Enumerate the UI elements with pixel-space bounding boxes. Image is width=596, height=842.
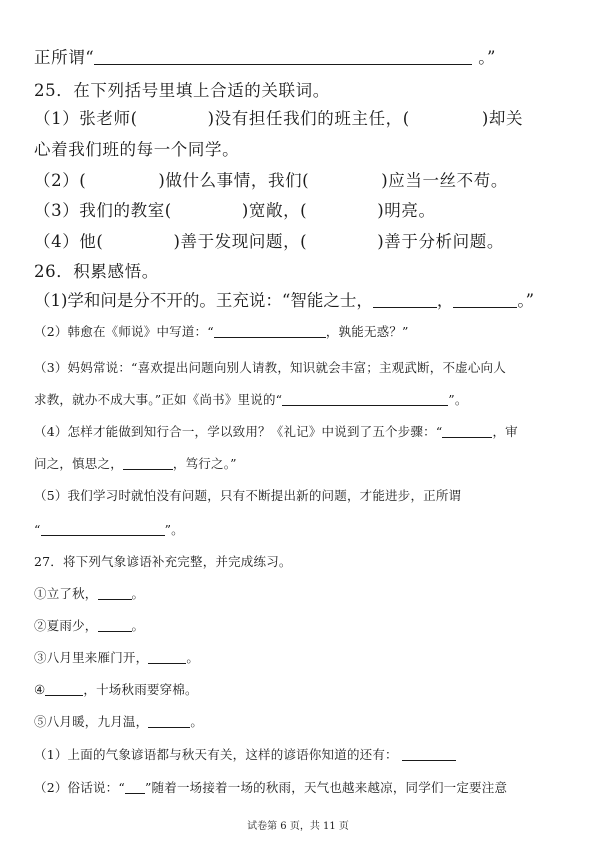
text: （1)学和问是分不开的。王充说：“智能之士， xyxy=(34,291,373,310)
question-25-4: （4）他()善于发现问题，()善于分析问题。 xyxy=(34,228,504,252)
text: )明亮。 xyxy=(377,201,435,220)
question-26-4: （4）怎样才能做到知行合一，学以致用？《礼记》中说到了五个步骤：“，审 xyxy=(34,422,518,440)
text: 求教，就办不成大事。”正如《尚书》里说的“ xyxy=(34,392,282,407)
text: 。 xyxy=(190,714,203,729)
proverb-3: ③八月里来雁门开，。 xyxy=(34,648,199,666)
text: ， xyxy=(437,291,454,310)
text: )做什么事情，我们( xyxy=(158,171,309,190)
answer-blank[interactable] xyxy=(98,587,132,601)
text: )善于发现问题，( xyxy=(173,232,307,251)
text: （3）我们的教室( xyxy=(34,201,172,220)
text: ，十场秋雨要穿棉。 xyxy=(83,682,197,697)
text: ，笃行之。” xyxy=(173,456,237,471)
question-25-3: （3）我们的教室()宽敞，()明亮。 xyxy=(34,197,436,221)
text: （1）张老师( xyxy=(34,109,138,128)
question-26-1: （1)学和问是分不开的。王充说：“智能之士，，。” xyxy=(34,287,534,311)
text: ②夏雨少， xyxy=(34,618,98,633)
question-26-5: （5）我们学习时就怕没有问题，只有不断提出新的问题，才能进步，正所谓 xyxy=(34,486,461,504)
question-25-title: 25．在下列括号里填上合适的关联词。 xyxy=(34,77,330,101)
text: 。” xyxy=(472,48,496,67)
question-26-title: 26．积累感悟。 xyxy=(34,258,159,282)
text: ”随着一场接着一场的秋雨，天气也越来越凉，同学们一定要注意 xyxy=(145,780,507,795)
question-26-3-cont: 求教，就办不成大事。”正如《尚书》里说的“”。 xyxy=(34,390,468,408)
answer-blank[interactable] xyxy=(45,683,83,697)
text: ”。 xyxy=(448,392,467,407)
text: )宽敞，( xyxy=(242,201,307,220)
answer-blank[interactable] xyxy=(442,425,492,439)
text: ①立了秋， xyxy=(34,586,98,601)
answer-blank[interactable] xyxy=(125,781,145,795)
question-27-1: （1）上面的气象谚语都与秋天有关，这样的谚语你知道的还有： xyxy=(34,745,456,763)
text: 问之，慎思之， xyxy=(34,456,123,471)
proverb-2: ②夏雨少，。 xyxy=(34,616,144,634)
question-25-1: （1）张老师()没有担任我们的班主任，()却关 xyxy=(34,105,523,129)
text: )善于分析问题。 xyxy=(377,232,504,251)
answer-blank[interactable] xyxy=(94,48,472,66)
question-26-3: （3）妈妈常说：“喜欢提出问题向别人请教，知识就会丰富；主观武断，不虚心向人 xyxy=(34,358,506,376)
text: “ xyxy=(34,522,41,537)
answer-blank[interactable] xyxy=(453,291,517,309)
text: （4）怎样才能做到知行合一，学以致用？《礼记》中说到了五个步骤：“ xyxy=(34,424,442,439)
answer-blank[interactable] xyxy=(214,325,326,339)
continuation-line: 正所谓“ 。” xyxy=(34,44,496,68)
answer-blank[interactable] xyxy=(41,523,165,537)
text: （2）( xyxy=(34,171,86,190)
answer-blank[interactable] xyxy=(373,291,437,309)
question-27-title: 27．将下列气象谚语补充完整，并完成练习。 xyxy=(34,552,292,570)
text: ④ xyxy=(34,682,45,697)
text: )应当一丝不苟。 xyxy=(381,171,508,190)
text: （2）韩愈在《师说》中写道：“ xyxy=(34,324,214,339)
question-26-5-cont: “”。 xyxy=(34,520,184,538)
text: 。 xyxy=(132,586,145,601)
proverb-1: ①立了秋，。 xyxy=(34,584,144,602)
question-25-2: （2）()做什么事情，我们()应当一丝不苟。 xyxy=(34,167,508,191)
answer-blank[interactable] xyxy=(98,619,132,633)
text: )却关 xyxy=(482,109,523,128)
answer-blank[interactable] xyxy=(148,651,186,665)
text: )没有担任我们的班主任，( xyxy=(208,109,410,128)
answer-blank[interactable] xyxy=(148,715,190,729)
text: ，孰能无惑？” xyxy=(326,324,409,339)
question-25-1-cont: 心着我们班的每一个同学。 xyxy=(34,136,239,160)
answer-blank[interactable] xyxy=(123,457,173,471)
text: 。 xyxy=(132,618,145,633)
text: 。 xyxy=(186,650,199,665)
answer-blank[interactable] xyxy=(282,393,448,407)
text: ”。 xyxy=(165,522,184,537)
text: ③八月里来雁门开， xyxy=(34,650,148,665)
question-27-2: （2）俗话说：“”随着一场接着一场的秋雨，天气也越来越凉，同学们一定要注意 xyxy=(34,778,507,796)
text: （4）他( xyxy=(34,232,103,251)
question-26-2: （2）韩愈在《师说》中写道：“，孰能无惑？” xyxy=(34,322,409,340)
question-26-4-cont: 问之，慎思之，，笃行之。” xyxy=(34,454,237,472)
text: 正所谓“ xyxy=(34,48,94,67)
text: （1）上面的气象谚语都与秋天有关，这样的谚语你知道的还有： xyxy=(34,747,398,762)
text: （2）俗话说：“ xyxy=(34,780,125,795)
text: ，审 xyxy=(492,424,517,439)
text: 。” xyxy=(517,291,534,310)
proverb-4: ④，十场秋雨要穿棉。 xyxy=(34,680,198,698)
page-footer: 试卷第 6 页，共 11 页 xyxy=(0,817,596,832)
answer-blank[interactable] xyxy=(402,748,456,762)
proverb-5: ⑤八月暖，九月温，。 xyxy=(34,712,203,730)
text: ⑤八月暖，九月温， xyxy=(34,714,148,729)
